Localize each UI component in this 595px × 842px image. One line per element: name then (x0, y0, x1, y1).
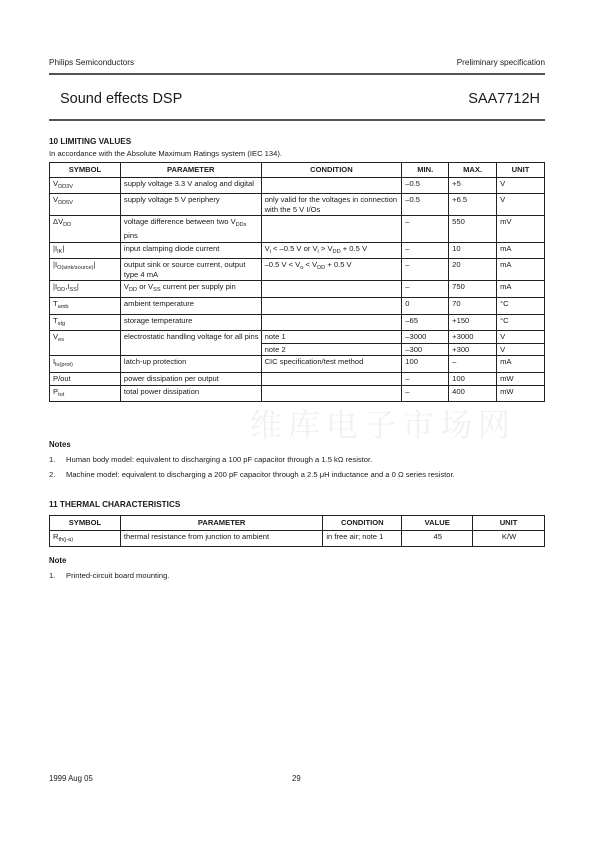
section-heading-thermal: 11 THERMAL CHARACTERISTICS (49, 500, 180, 509)
table-row: |IDD,ISS|VDD or VSS current per supply p… (50, 281, 545, 298)
unit-cell: V (497, 194, 545, 216)
note-item: 1.Human body model: equivalent to discha… (49, 455, 372, 464)
condition-cell (261, 216, 402, 242)
max-cell: 750 (449, 281, 497, 298)
symbol-cell: |IDD,ISS| (50, 281, 121, 298)
document-title: Sound effects DSP (60, 91, 182, 107)
max-cell: 10 (449, 242, 497, 259)
parameter-cell: storage temperature (120, 314, 261, 331)
min-cell: –0.5 (402, 177, 449, 194)
max-cell: 550 (449, 216, 497, 242)
note-item: 2.Machine model: equivalent to dischargi… (49, 470, 455, 479)
condition-cell (261, 372, 402, 385)
title-rule (49, 119, 545, 121)
symbol-cell: VDD3V (50, 177, 121, 194)
note-text: Machine model: equivalent to discharging… (66, 470, 455, 479)
parameter-cell: voltage difference between two VDDx pins (120, 216, 261, 242)
symbol-cell: Ves (50, 331, 121, 356)
parameter-cell: ambient temperature (120, 297, 261, 314)
section-heading-limiting-values: 10 LIMITING VALUES (49, 137, 131, 146)
min-cell: – (402, 259, 449, 281)
notes-heading: Notes (49, 440, 71, 449)
table-row: P/outpower dissipation per output–100mW (50, 372, 545, 385)
table-row: Veselectrostatic handling voltage for al… (50, 331, 545, 344)
column-header-symbol: SYMBOL (50, 516, 121, 531)
unit-cell: mA (497, 259, 545, 281)
unit-cell: V (497, 331, 545, 344)
symbol-cell: Rth(j-a) (50, 530, 121, 547)
unit-cell: mA (497, 242, 545, 259)
parameter-cell: thermal resistance from junction to ambi… (120, 530, 323, 547)
max-cell: 70 (449, 297, 497, 314)
unit-cell: mA (497, 281, 545, 298)
parameter-cell: power dissipation per output (120, 372, 261, 385)
note-number: 1. (49, 455, 66, 464)
min-cell: – (402, 242, 449, 259)
min-cell: –3000 (402, 331, 449, 344)
max-cell: – (449, 356, 497, 373)
value-cell: 45 (402, 530, 473, 547)
column-header-unit: UNIT (473, 516, 545, 531)
limiting-values-table: SYMBOLPARAMETERCONDITIONMIN.MAX.UNIT VDD… (49, 162, 545, 402)
table-row: VDD3Vsupply voltage 3.3 V analog and dig… (50, 177, 545, 194)
note-text: Human body model: equivalent to discharg… (66, 455, 372, 464)
parameter-cell: input clamping diode current (120, 242, 261, 259)
max-cell: +300 (449, 343, 497, 356)
table-row: |IIK|input clamping diode currentVi < –0… (50, 242, 545, 259)
min-cell: 0 (402, 297, 449, 314)
parameter-cell: supply voltage 3.3 V analog and digital (120, 177, 261, 194)
unit-cell: mW (497, 372, 545, 385)
symbol-cell: |IO(sink/source)| (50, 259, 121, 281)
column-header-unit: UNIT (497, 163, 545, 178)
note-item: 1.Printed-circuit board mounting. (49, 571, 169, 580)
parameter-cell: output sink or source current, output ty… (120, 259, 261, 281)
table-row: ΔVDDvoltage difference between two VDDx … (50, 216, 545, 242)
symbol-cell: Ptot (50, 385, 121, 402)
column-header-condition: CONDITION (323, 516, 402, 531)
watermark: 维库电子市场网 (250, 400, 516, 446)
min-cell: –65 (402, 314, 449, 331)
parameter-cell: latch-up protection (120, 356, 261, 373)
unit-cell: mV (497, 216, 545, 242)
note-text: Printed-circuit board mounting. (66, 571, 169, 580)
symbol-cell: Tstg (50, 314, 121, 331)
section-intro: In accordance with the Absolute Maximum … (49, 149, 282, 158)
parameter-cell: supply voltage 5 V periphery (120, 194, 261, 216)
symbol-cell: |IIK| (50, 242, 121, 259)
condition-cell (261, 314, 402, 331)
symbol-cell: VDD5V (50, 194, 121, 216)
condition-cell: only valid for the voltages in connectio… (261, 194, 402, 216)
note-number: 1. (49, 571, 66, 580)
condition-cell: CIC specification/test method (261, 356, 402, 373)
note-number: 2. (49, 470, 66, 479)
min-cell: – (402, 281, 449, 298)
condition-cell: note 2 (261, 343, 402, 356)
note-heading: Note (49, 556, 66, 565)
parameter-cell: VDD or VSS current per supply pin (120, 281, 261, 298)
unit-cell: °C (497, 297, 545, 314)
condition-cell: in free air; note 1 (323, 530, 402, 547)
symbol-cell: P/out (50, 372, 121, 385)
page-number: 29 (292, 774, 301, 783)
min-cell: –0.5 (402, 194, 449, 216)
parameter-cell: total power dissipation (120, 385, 261, 402)
column-header-value: VALUE (402, 516, 473, 531)
column-header-symbol: SYMBOL (50, 163, 121, 178)
parameter-cell: electrostatic handling voltage for all p… (120, 331, 261, 356)
condition-cell: note 1 (261, 331, 402, 344)
table-header-row: SYMBOLPARAMETERCONDITIONVALUEUNIT (50, 516, 545, 531)
unit-cell: °C (497, 314, 545, 331)
table-row: Tambambient temperature070°C (50, 297, 545, 314)
max-cell: +150 (449, 314, 497, 331)
table-row: |IO(sink/source)|output sink or source c… (50, 259, 545, 281)
max-cell: +5 (449, 177, 497, 194)
max-cell: 20 (449, 259, 497, 281)
column-header-condition: CONDITION (261, 163, 402, 178)
max-cell: +6.5 (449, 194, 497, 216)
unit-cell: V (497, 343, 545, 356)
condition-cell: –0.5 V < Vo < VDD + 0.5 V (261, 259, 402, 281)
condition-cell (261, 281, 402, 298)
table-row: VDD5Vsupply voltage 5 V peripheryonly va… (50, 194, 545, 216)
max-cell: +3000 (449, 331, 497, 344)
table-row: Tstgstorage temperature–65+150°C (50, 314, 545, 331)
column-header-min: MIN. (402, 163, 449, 178)
symbol-cell: Tamb (50, 297, 121, 314)
min-cell: –300 (402, 343, 449, 356)
condition-cell (261, 177, 402, 194)
symbol-cell: Ilu(prot) (50, 356, 121, 373)
max-cell: 100 (449, 372, 497, 385)
column-header-max: MAX. (449, 163, 497, 178)
header-rule (49, 73, 545, 75)
table-row: Ilu(prot)latch-up protectionCIC specific… (50, 356, 545, 373)
min-cell: – (402, 216, 449, 242)
symbol-cell: ΔVDD (50, 216, 121, 242)
min-cell: – (402, 372, 449, 385)
min-cell: 100 (402, 356, 449, 373)
unit-cell: K/W (473, 530, 545, 547)
column-header-parameter: PARAMETER (120, 163, 261, 178)
condition-cell: Vi < –0.5 V or Vi > VDD + 0.5 V (261, 242, 402, 259)
unit-cell: V (497, 177, 545, 194)
table-header-row: SYMBOLPARAMETERCONDITIONMIN.MAX.UNIT (50, 163, 545, 178)
part-number: SAA7712H (468, 91, 540, 107)
condition-cell (261, 297, 402, 314)
company-name: Philips Semiconductors (49, 58, 134, 67)
unit-cell: mA (497, 356, 545, 373)
footer-date: 1999 Aug 05 (49, 774, 93, 783)
thermal-characteristics-table: SYMBOLPARAMETERCONDITIONVALUEUNIT Rth(j-… (49, 515, 545, 547)
document-type: Preliminary specification (457, 58, 545, 67)
column-header-parameter: PARAMETER (120, 516, 323, 531)
table-row: Rth(j-a)thermal resistance from junction… (50, 530, 545, 547)
